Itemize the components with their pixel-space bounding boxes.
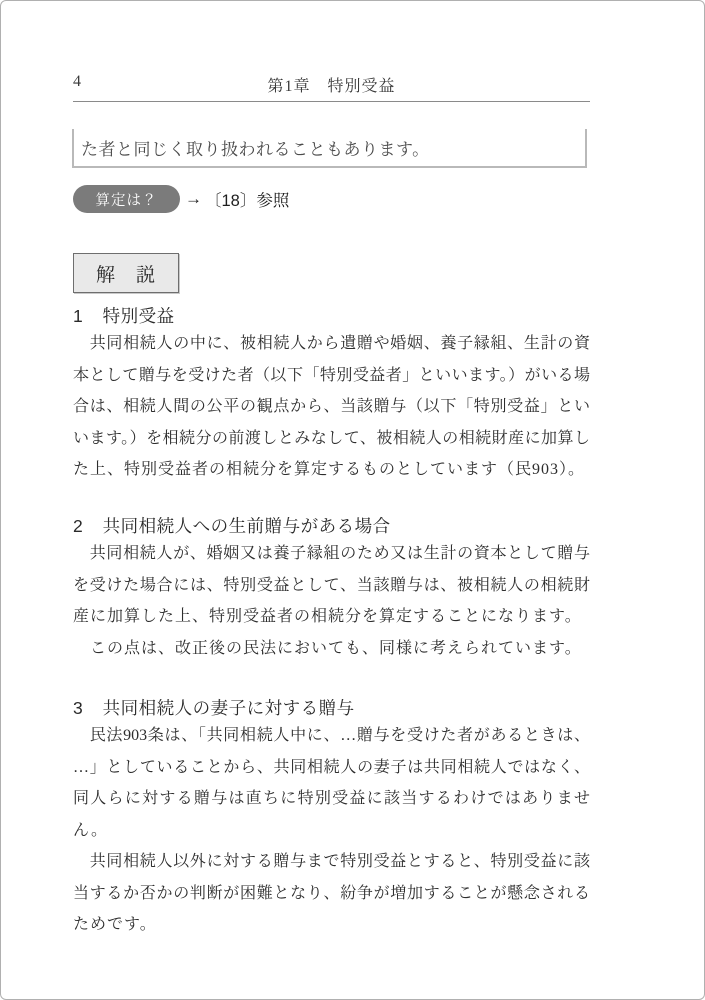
text-line: 共同相続人の中に、被相続人から遺贈や婚姻、養子縁組、生計の資 bbox=[73, 328, 590, 360]
text-line: ん。 bbox=[73, 815, 590, 847]
text-line: 産に加算した上、特別受益者の相続分を算定することになります。 bbox=[73, 601, 590, 633]
section-2-title: 共同相続人への生前贈与がある場合 bbox=[103, 516, 391, 536]
running-header: 4 第1章 特別受益 bbox=[73, 73, 590, 93]
header-rule bbox=[73, 101, 590, 102]
section-1-heading: 1 特別受益 bbox=[73, 303, 590, 325]
kaisetsu-label: 解 説 bbox=[96, 260, 156, 287]
reference-text: 〔18〕参照 bbox=[205, 187, 289, 211]
section-2-paragraph: 共同相続人が、婚姻又は養子縁組のため又は生計の資本として贈与 を受けた場合には、… bbox=[73, 538, 590, 664]
reference-row: 算定は？ → 〔18〕参照 bbox=[73, 185, 289, 213]
section-3-number: 3 bbox=[73, 698, 83, 719]
text-line: 当するか否かの判断が困難となり、紛争が増加することが懸念される bbox=[73, 878, 590, 910]
section-2-number: 2 bbox=[73, 516, 83, 537]
calculation-badge: 算定は？ bbox=[73, 185, 180, 213]
text-line: 合は、相続人間の公平の観点から、当該贈与（以下「特別受益」とい bbox=[73, 391, 590, 423]
text-line: 共同相続人以外に対する贈与まで特別受益とすると、特別受益に該 bbox=[73, 846, 590, 878]
section-3-title: 共同相続人の妻子に対する贈与 bbox=[103, 698, 355, 718]
text-line: この点は、改正後の民法においても、同様に考えられています。 bbox=[73, 633, 590, 665]
section-1-number: 1 bbox=[73, 306, 83, 327]
calculation-badge-label: 算定は？ bbox=[96, 189, 158, 210]
section-3-heading: 3 共同相続人の妻子に対する贈与 bbox=[73, 695, 590, 717]
section-3-paragraph: 民法903条は、「共同相続人中に、…贈与を受けた者があるときは、 …」としている… bbox=[73, 720, 590, 941]
book-page: 4 第1章 特別受益 た者と同じく取り扱われることもあります。 算定は？ → 〔… bbox=[0, 0, 705, 1000]
text-line: 民法903条は、「共同相続人中に、…贈与を受けた者があるときは、 bbox=[73, 720, 590, 752]
arrow-right-icon: → bbox=[185, 189, 202, 209]
text-line: 共同相続人が、婚姻又は養子縁組のため又は生計の資本として贈与 bbox=[73, 538, 590, 570]
kaisetsu-box: 解 説 bbox=[73, 253, 179, 293]
text-line: ためです。 bbox=[73, 909, 590, 941]
section-1-paragraph: 共同相続人の中に、被相続人から遺贈や婚姻、養子縁組、生計の資 本として贈与を受け… bbox=[73, 328, 590, 486]
continuation-text: た者と同じく取り扱われることもあります。 bbox=[81, 135, 430, 160]
chapter-header: 第1章 特別受益 bbox=[73, 73, 590, 96]
text-line: います。）を相続分の前渡しとみなして、被相続人の相続財産に加算し bbox=[73, 423, 590, 455]
text-line: 同人らに対する贈与は直ちに特別受益に該当するわけではありませ bbox=[73, 783, 590, 815]
section-1-title: 特別受益 bbox=[103, 306, 175, 326]
section-2-heading: 2 共同相続人への生前贈与がある場合 bbox=[73, 513, 590, 535]
text-line: た上、特別受益者の相続分を算定するものとしています（民903）。 bbox=[73, 454, 590, 486]
text-line: …」としていることから、共同相続人の妻子は共同相続人ではなく、 bbox=[73, 752, 590, 784]
continuation-box: た者と同じく取り扱われることもあります。 bbox=[72, 129, 587, 168]
text-line: 本として贈与を受けた者（以下「特別受益者」といいます。）がいる場 bbox=[73, 360, 590, 392]
text-line: を受けた場合には、特別受益として、当該贈与は、被相続人の相続財 bbox=[73, 570, 590, 602]
